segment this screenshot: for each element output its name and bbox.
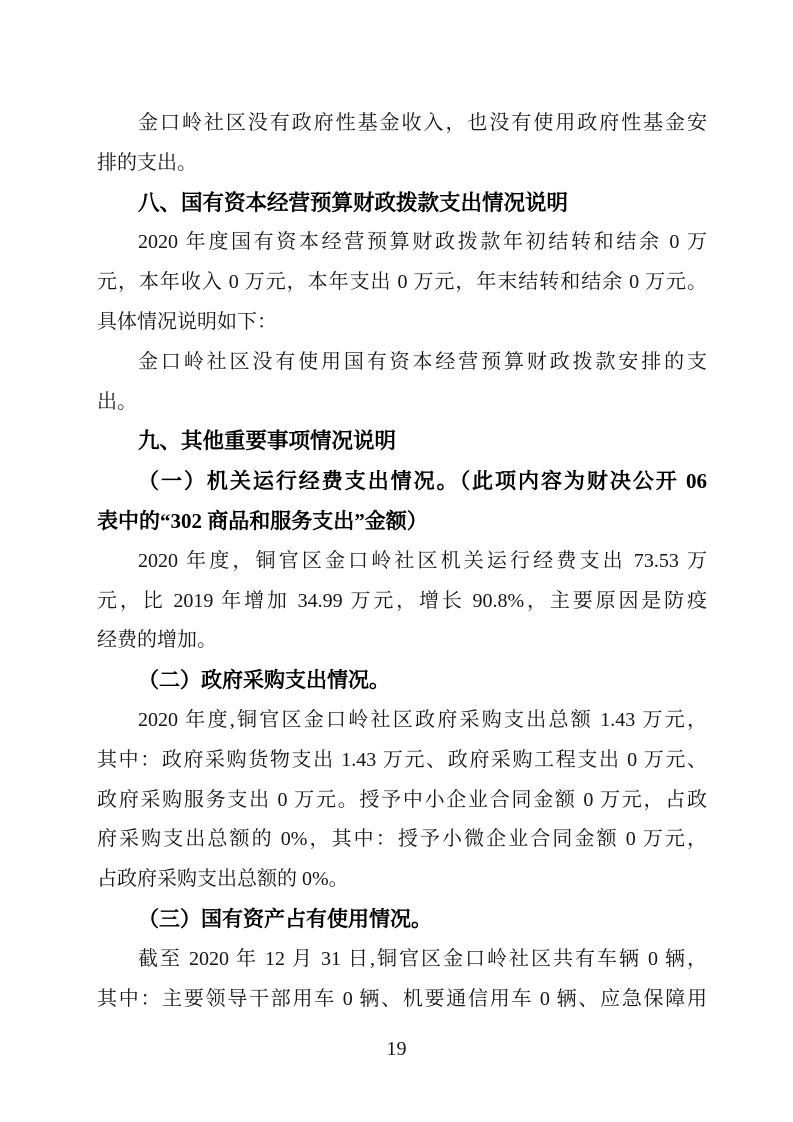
text-line: 其中：政府采购货物支出 1.43 万元、政府采购工程支出 0 万元、 bbox=[97, 741, 707, 781]
text-line: 府采购支出总额的 0%，其中：授予小微企业合同金额 0 万元， bbox=[97, 820, 707, 860]
text-line: 排的支出。 bbox=[97, 144, 707, 184]
section-heading-9: 九、其他重要事项情况说明 bbox=[97, 422, 707, 462]
subsection-heading-1-cont: 表中的“302 商品和服务支出”金额） bbox=[97, 502, 707, 542]
text-line: 2020 年度，铜官区金口岭社区机关运行经费支出 73.53 万 bbox=[97, 542, 707, 582]
text-line: 其中：主要领导干部用车 0 辆、机要通信用车 0 辆、应急保障用 bbox=[97, 980, 707, 1020]
text-line: 元，本年收入 0 万元，本年支出 0 万元，年末结转和结余 0 万元。 bbox=[97, 263, 707, 303]
document-body: 金口岭社区没有政府性基金收入，也没有使用政府性基金安 排的支出。 八、国有资本经… bbox=[97, 104, 707, 1019]
text-line: 占政府采购支出总额的 0%。 bbox=[97, 860, 707, 900]
text-line: 具体情况说明如下： bbox=[97, 303, 707, 343]
text-line: 政府采购服务支出 0 万元。授予中小企业合同金额 0 万元，占政 bbox=[97, 781, 707, 821]
text-line: 截至 2020 年 12 月 31 日,铜官区金口岭社区共有车辆 0 辆， bbox=[97, 940, 707, 980]
section-heading-8: 八、国有资本经营预算财政拨款支出情况说明 bbox=[97, 184, 707, 224]
document-page: 金口岭社区没有政府性基金收入，也没有使用政府性基金安 排的支出。 八、国有资本经… bbox=[0, 0, 793, 1122]
page-number: 19 bbox=[0, 1034, 793, 1064]
text-line: 元，比 2019 年增加 34.99 万元，增长 90.8%，主要原因是防疫 bbox=[97, 582, 707, 622]
subsection-heading-3: （三）国有资产占有使用情况。 bbox=[97, 900, 707, 940]
text-line: 金口岭社区没有使用国有资本经营预算财政拨款安排的支 bbox=[97, 343, 707, 383]
text-line: 经费的增加。 bbox=[97, 621, 707, 661]
subsection-heading-2: （二）政府采购支出情况。 bbox=[97, 661, 707, 701]
text-line: 2020 年度国有资本经营预算财政拨款年初结转和结余 0 万 bbox=[97, 223, 707, 263]
text-line: 金口岭社区没有政府性基金收入，也没有使用政府性基金安 bbox=[97, 104, 707, 144]
subsection-heading-1: （一）机关运行经费支出情况。（此项内容为财决公开 06 bbox=[97, 462, 707, 502]
text-line: 出。 bbox=[97, 383, 707, 423]
text-line: 2020 年度,铜官区金口岭社区政府采购支出总额 1.43 万元， bbox=[97, 701, 707, 741]
